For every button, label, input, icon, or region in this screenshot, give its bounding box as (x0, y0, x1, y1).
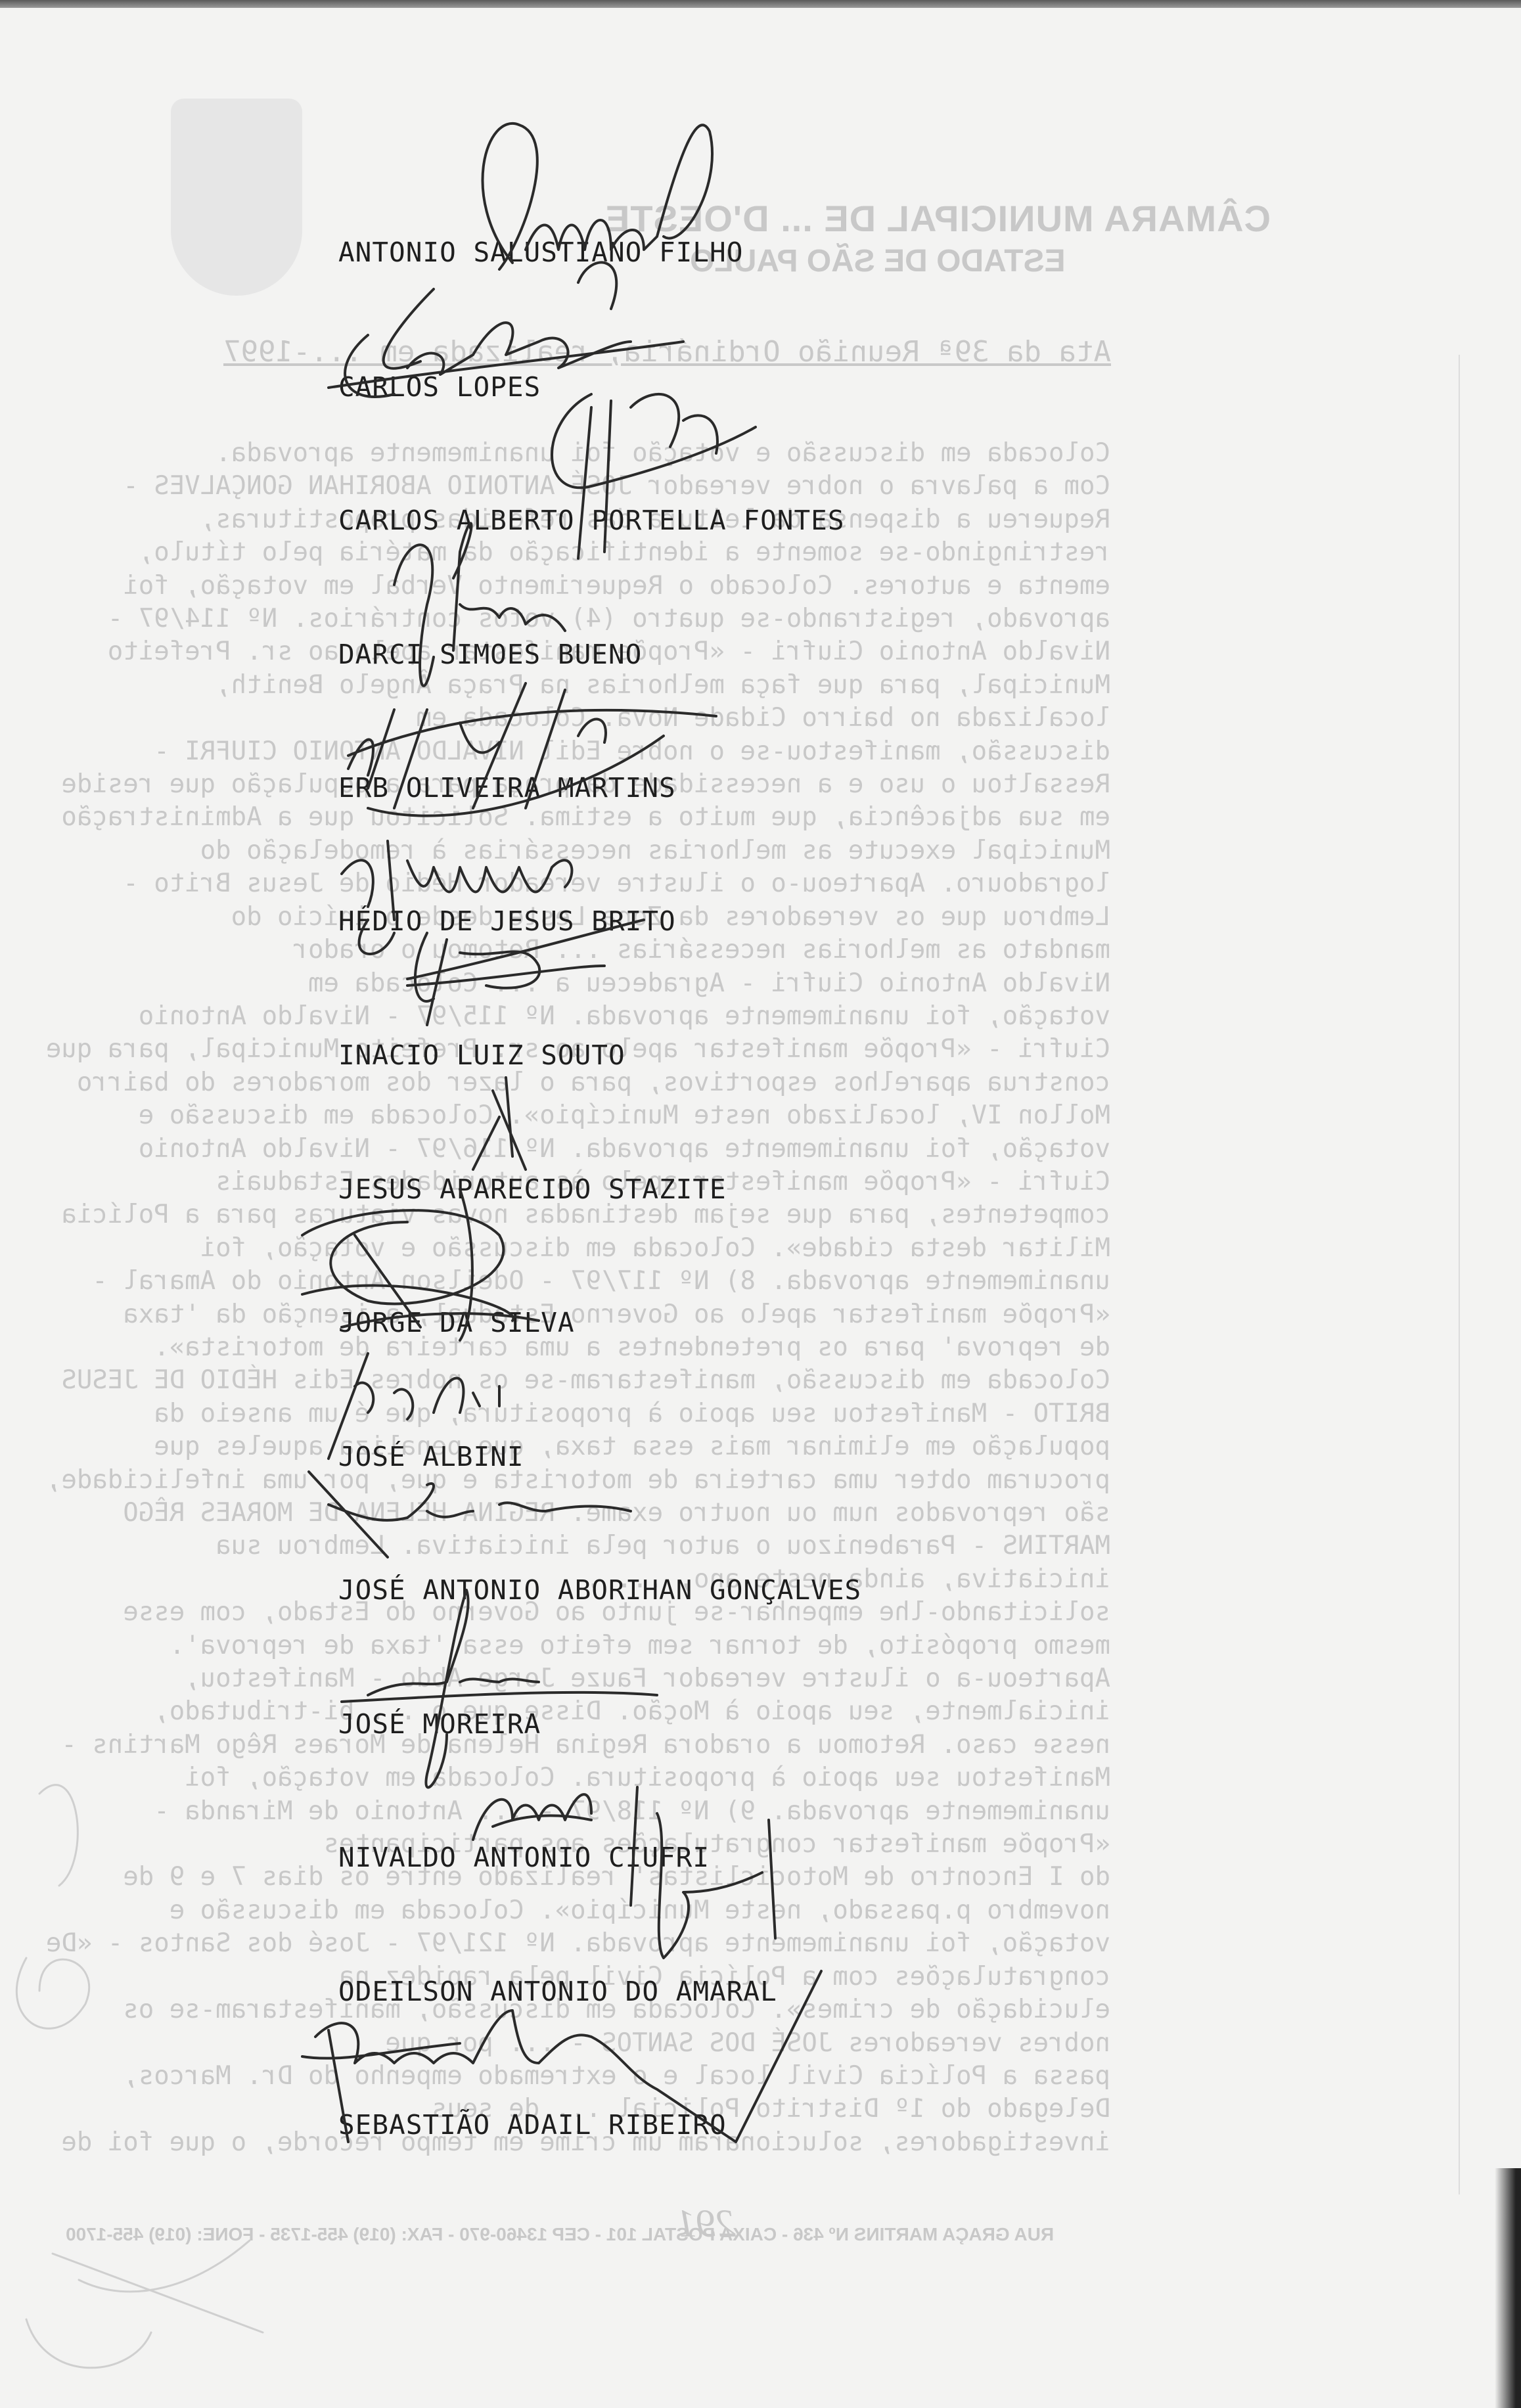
signature-list: ANTONIO SALUSTIANO FILHO CARLOS LOPES CA… (0, 0, 1521, 2408)
page-edge-shadow (1495, 2168, 1521, 2408)
signatory-name: ANTONIO SALUSTIANO FILHO (338, 237, 743, 268)
signatory-name: JORGE DA SILVA (338, 1307, 575, 1338)
signatory-name: JOSÉ ANTONIO ABORIHAN GONÇALVES (338, 1574, 861, 1606)
signatory-name: CARLOS LOPES (338, 371, 541, 403)
signatory-name: JOSÉ ALBINI (338, 1441, 524, 1472)
signatory-name: JESUS APARECIDO STAZITE (338, 1173, 727, 1205)
signatory-name: JOSÉ MOREIRA (338, 1708, 541, 1740)
signatory-name: ERB OLIVEIRA MARTINS (338, 772, 676, 804)
signatory-name: SEBASTIÃO ADAIL RIBEIRO (338, 2109, 727, 2141)
signatory-name: CARLOS ALBERTO PORTELLA FONTES (338, 505, 845, 536)
signatory-name: ODEILSON ANTONIO DO AMARAL (338, 1976, 777, 2007)
signatory-name: HÉDIO DE JESUS BRITO (338, 905, 676, 937)
signatory-name: NIVALDO ANTONIO CIUFRI (338, 1842, 710, 1873)
signatory-name: DARCI SIMOES BUENO (338, 639, 642, 670)
signatory-name: INACIO LUIZ SOUTO (338, 1039, 625, 1071)
